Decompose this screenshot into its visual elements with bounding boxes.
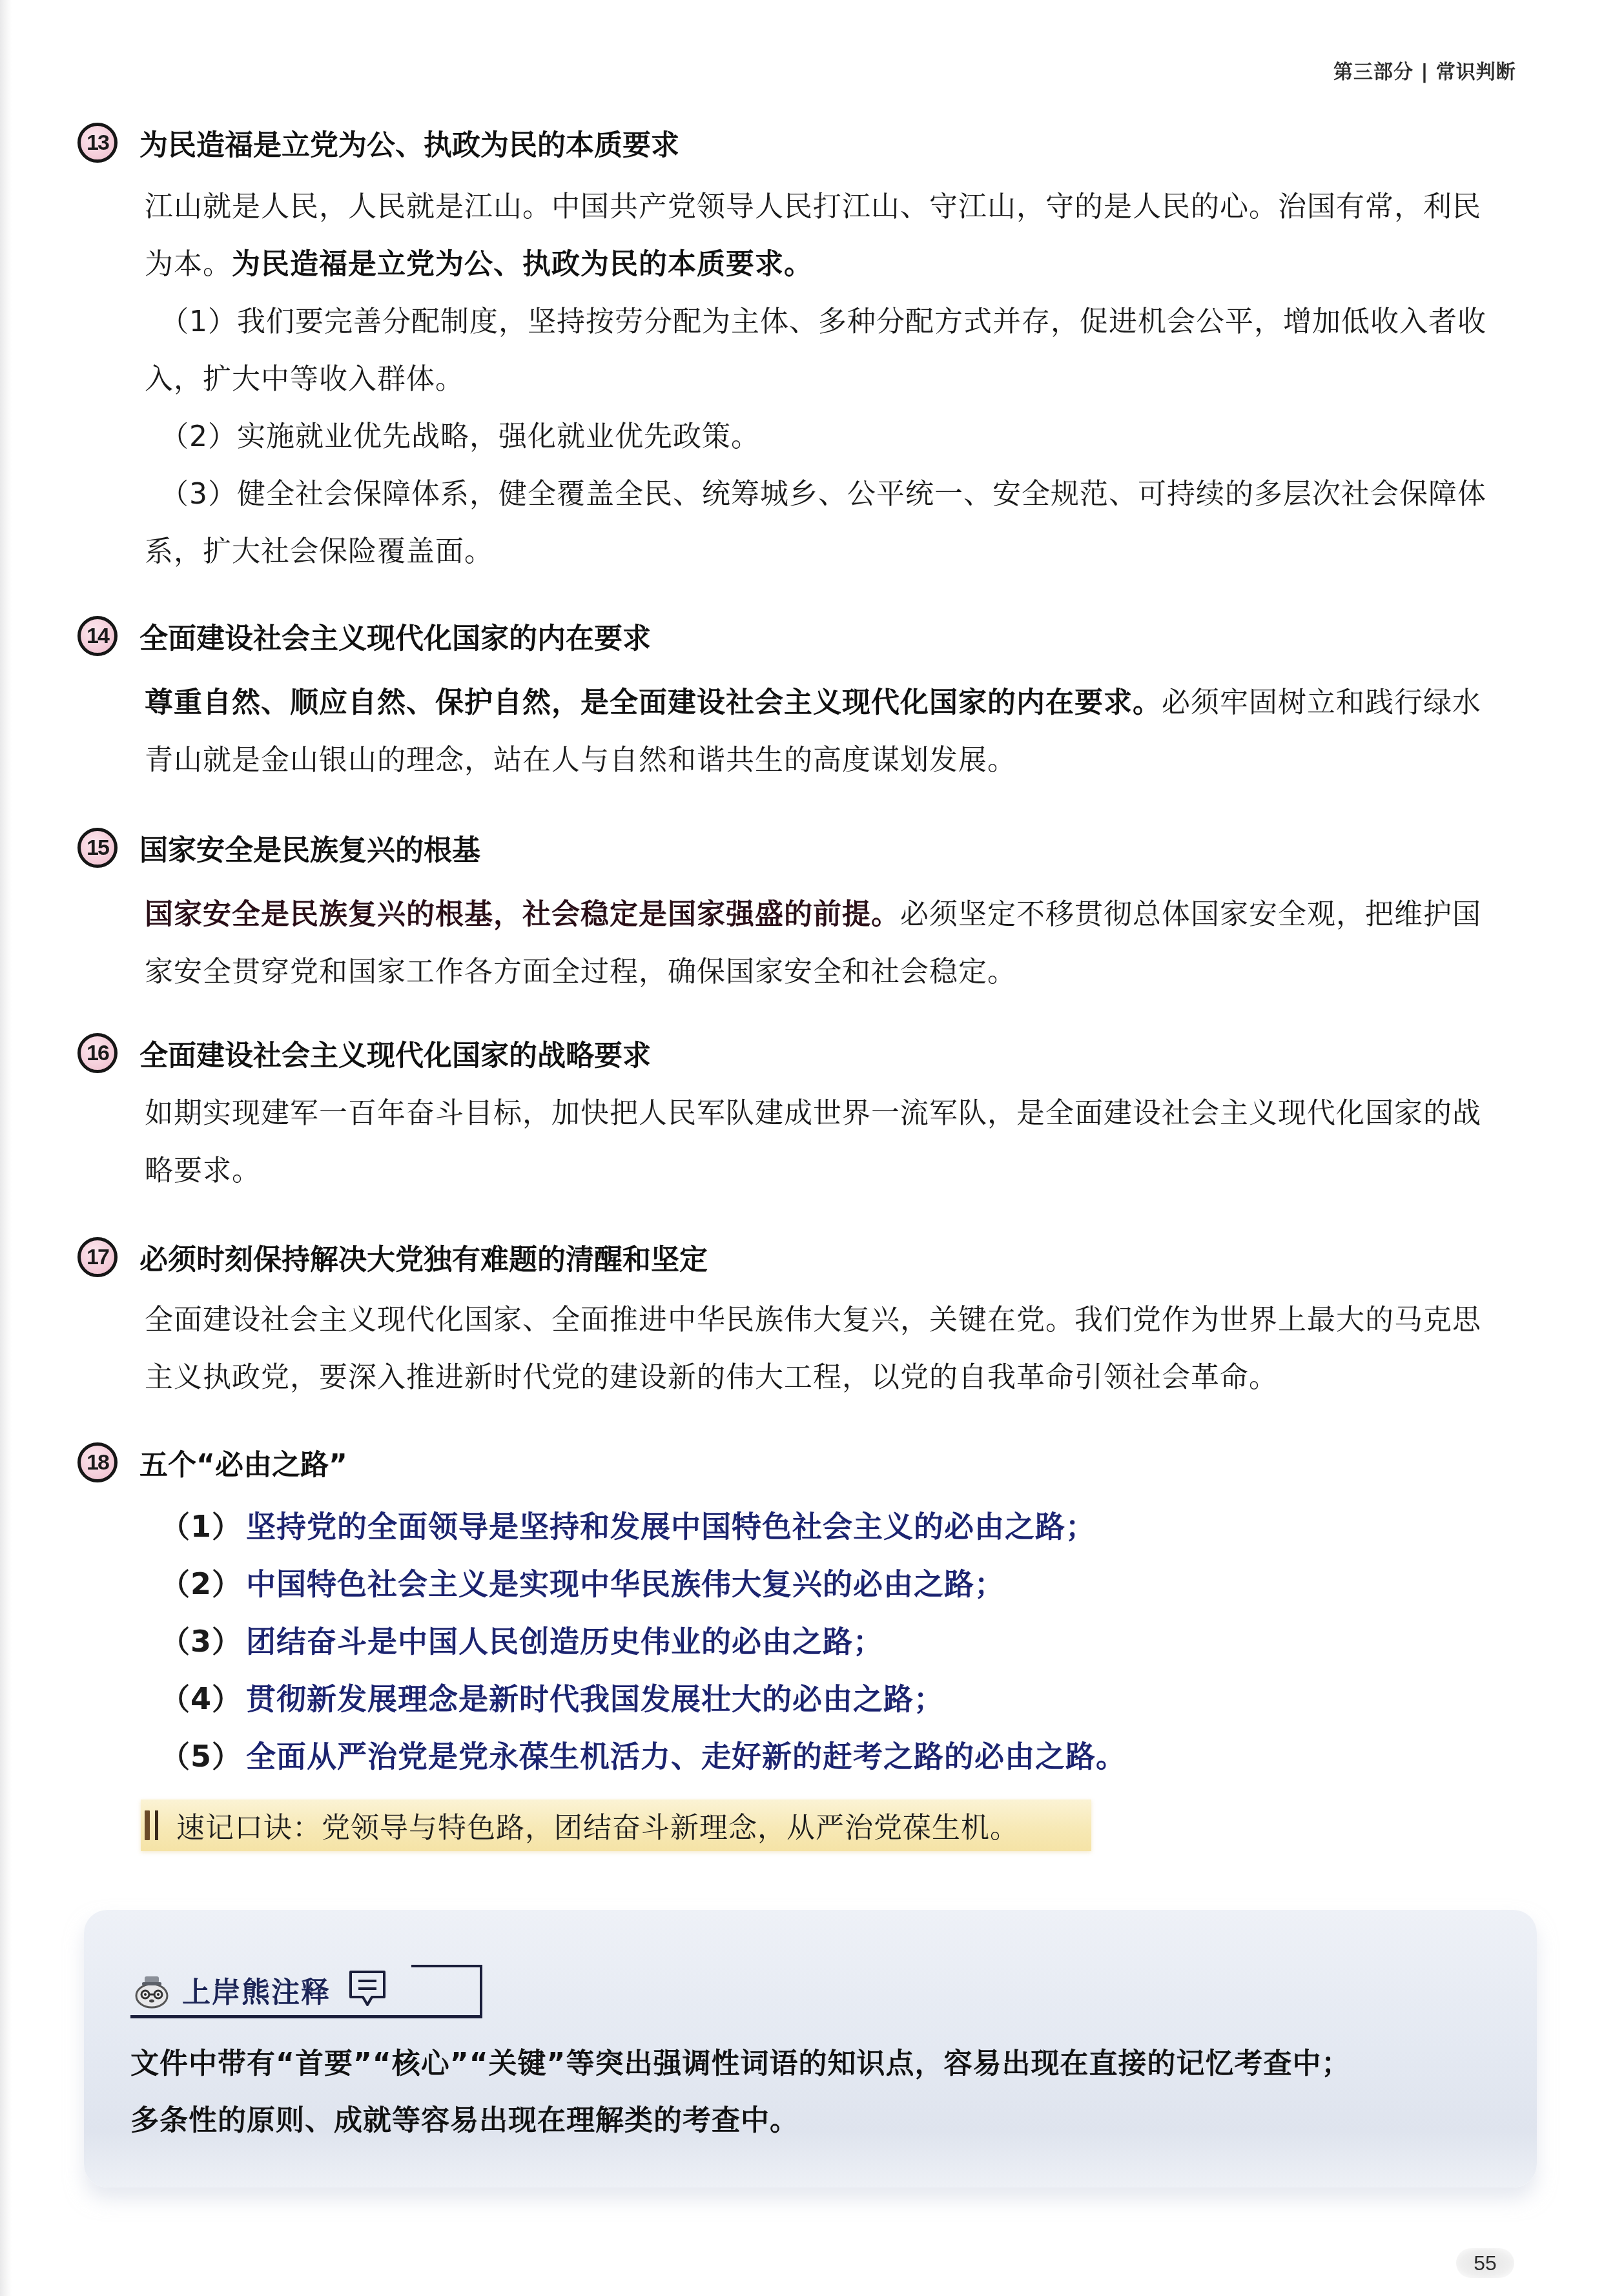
- section-title: 为民造福是立党为公、执政为民的本质要求: [139, 122, 679, 163]
- running-header: 第三部分 | 常识判断: [1333, 56, 1516, 84]
- section-13: 13 为民造福是立党为公、执政为民的本质要求 江山就是人民，人民就是江山。中国共…: [77, 120, 1511, 580]
- paragraph: 国家安全是民族复兴的根基，社会稳定是国家强盛的前提。必须坚定不移贯彻总体国家安全…: [145, 886, 1507, 1001]
- section-heading: 14 全面建设社会主义现代化国家的内在要求: [77, 613, 1511, 659]
- plain-text: 全面建设社会主义现代化国家、全面推进中华民族伟大复兴，关键在党。我们党作为世界上…: [145, 1304, 1481, 1394]
- note-body: 文件中带有“首要”“核心”“关键”等突出强调性词语的知识点，容易出现在直接的记忆…: [130, 2036, 1499, 2149]
- road-item: （5）全面从严治党是党永葆生机活力、走好新的赶考之路的必由之路。: [160, 1728, 1511, 1785]
- bear-mascot-icon: [132, 1970, 172, 2010]
- mnemonic-bar-icon: [155, 1810, 158, 1840]
- page-number: 55: [1456, 2248, 1514, 2278]
- section-heading: 15 国家安全是民族复兴的根基: [77, 825, 1511, 870]
- road-text: 中国特色社会主义是实现中华民族伟大复兴的必由之路；: [246, 1566, 1005, 1601]
- section-18: 18 五个“必由之路” （1）坚持党的全面领导是坚持和发展中国特色社会主义的必由…: [77, 1440, 1511, 1785]
- section-15: 15 国家安全是民族复兴的根基 国家安全是民族复兴的根基，社会稳定是国家强盛的前…: [77, 825, 1511, 1001]
- section-heading: 16 全面建设社会主义现代化国家的战略要求: [77, 1030, 1511, 1076]
- paragraph: 如期实现建军一百年奋斗目标，加快把人民军队建成世界一流军队，是全面建设社会主义现…: [145, 1085, 1507, 1200]
- note-line: 文件中带有“首要”“核心”“关键”等突出强调性词语的知识点，容易出现在直接的记忆…: [130, 2036, 1499, 2093]
- road-text: 坚持党的全面领导是坚持和发展中国特色社会主义的必由之路；: [246, 1509, 1096, 1544]
- emphasis-text: 为民造福是立党为公、执政为民的本质要求。: [232, 248, 813, 281]
- mnemonic-text: 速记口诀：党领导与特色路，团结奋斗新理念，从严治党葆生机。: [176, 1805, 1019, 1846]
- section-body: 国家安全是民族复兴的根基，社会稳定是国家强盛的前提。必须坚定不移贯彻总体国家安全…: [145, 886, 1507, 1001]
- section-body: 江山就是人民，人民就是江山。中国共产党领导人民打江山、守江山，守的是人民的心。治…: [145, 178, 1507, 580]
- list-item: （1）我们要完善分配制度，坚持按劳分配为主体、多种分配方式并存，促进机会公平，增…: [145, 293, 1507, 408]
- road-item: （3）团结奋斗是中国人民创造历史伟业的必由之路；: [160, 1613, 1511, 1670]
- section-title: 全面建设社会主义现代化国家的战略要求: [139, 1032, 651, 1074]
- note-line: 多条性的原则、成就等容易出现在理解类的考查中。: [130, 2093, 1499, 2149]
- circled-number-badge: 15: [77, 828, 118, 868]
- heading-frame: [480, 1965, 482, 2018]
- road-index: （4）: [160, 1681, 242, 1716]
- section-heading: 18 五个“必由之路”: [77, 1440, 1511, 1485]
- section-body: 全面建设社会主义现代化国家、全面推进中华民族伟大复兴，关键在党。我们党作为世界上…: [145, 1291, 1507, 1406]
- road-item: （1）坚持党的全面领导是坚持和发展中国特色社会主义的必由之路；: [160, 1498, 1511, 1555]
- note-title: 上岸熊注释: [182, 1969, 331, 2011]
- road-item: （4）贯彻新发展理念是新时代我国发展壮大的必由之路；: [160, 1670, 1511, 1728]
- section-body: 如期实现建军一百年奋斗目标，加快把人民军队建成世界一流军队，是全面建设社会主义现…: [145, 1085, 1507, 1200]
- section-title: 必须时刻保持解决大党独有难题的清醒和坚定: [139, 1236, 708, 1278]
- road-item: （2）中国特色社会主义是实现中华民族伟大复兴的必由之路；: [160, 1555, 1511, 1613]
- circled-number-badge: 17: [77, 1237, 118, 1277]
- emphasis-text: 尊重自然、顺应自然、保护自然，是全面建设社会主义现代化国家的内在要求。: [145, 686, 1162, 719]
- emphasis-text: 国家安全是民族复兴的根基，社会稳定是国家强盛的前提。: [145, 898, 900, 931]
- heading-frame: [411, 1965, 482, 1967]
- road-index: （1）: [160, 1509, 242, 1544]
- paragraph: 江山就是人民，人民就是江山。中国共产党领导人民打江山、守江山，守的是人民的心。治…: [145, 178, 1507, 293]
- section-14: 14 全面建设社会主义现代化国家的内在要求 尊重自然、顺应自然、保护自然，是全面…: [77, 613, 1511, 789]
- section-17: 17 必须时刻保持解决大党独有难题的清醒和坚定 全面建设社会主义现代化国家、全面…: [77, 1235, 1511, 1406]
- circled-number-badge: 18: [77, 1442, 118, 1482]
- list-item: （2）实施就业优先战略，强化就业优先政策。: [145, 408, 1507, 466]
- section-body: 尊重自然、顺应自然、保护自然，是全面建设社会主义现代化国家的内在要求。必须牢固树…: [145, 674, 1507, 789]
- mnemonic-bar-icon: [145, 1810, 150, 1840]
- section-title: 国家安全是民族复兴的根基: [139, 827, 480, 868]
- road-text: 团结奋斗是中国人民创造历史伟业的必由之路；: [246, 1624, 883, 1659]
- circled-number-badge: 13: [77, 123, 118, 163]
- paragraph: 尊重自然、顺应自然、保护自然，是全面建设社会主义现代化国家的内在要求。必须牢固树…: [145, 674, 1507, 789]
- plain-text: 如期实现建军一百年奋斗目标，加快把人民军队建成世界一流军队，是全面建设社会主义现…: [145, 1097, 1481, 1187]
- circled-number-badge: 16: [77, 1033, 118, 1073]
- list-item: （3）健全社会保障体系，健全覆盖全民、统筹城乡、公平统一、安全规范、可持续的多层…: [145, 466, 1507, 580]
- road-text: 贯彻新发展理念是新时代我国发展壮大的必由之路；: [246, 1681, 944, 1716]
- mnemonic-highlight: 速记口诀：党领导与特色路，团结奋斗新理念，从严治党葆生机。: [141, 1799, 1091, 1851]
- road-index: （3）: [160, 1624, 242, 1659]
- section-heading: 13 为民造福是立党为公、执政为民的本质要求: [77, 120, 1511, 165]
- circled-number-badge: 14: [77, 616, 118, 656]
- road-index: （5）: [160, 1739, 242, 1774]
- section-heading: 17 必须时刻保持解决大党独有难题的清醒和坚定: [77, 1235, 1511, 1280]
- paragraph: 全面建设社会主义现代化国家、全面推进中华民族伟大复兴，关键在党。我们党作为世界上…: [145, 1291, 1507, 1406]
- chat-bubble-icon: [347, 1969, 387, 2011]
- section-title: 五个“必由之路”: [139, 1442, 347, 1483]
- page-binding-edge: [0, 0, 12, 2296]
- road-list: （1）坚持党的全面领导是坚持和发展中国特色社会主义的必由之路； （2）中国特色社…: [160, 1498, 1511, 1785]
- section-16: 16 全面建设社会主义现代化国家的战略要求 如期实现建军一百年奋斗目标，加快把人…: [77, 1030, 1511, 1200]
- section-title: 全面建设社会主义现代化国家的内在要求: [139, 615, 651, 657]
- note-card: 上岸熊注释 文件中带有“首要”“核心”“关键”等突出强调性词语的知识点，容易出现…: [84, 1910, 1537, 2188]
- road-text: 全面从严治党是党永葆生机活力、走好新的赶考之路的必由之路。: [246, 1739, 1126, 1774]
- note-heading: 上岸熊注释: [130, 1965, 482, 2018]
- road-index: （2）: [160, 1566, 242, 1601]
